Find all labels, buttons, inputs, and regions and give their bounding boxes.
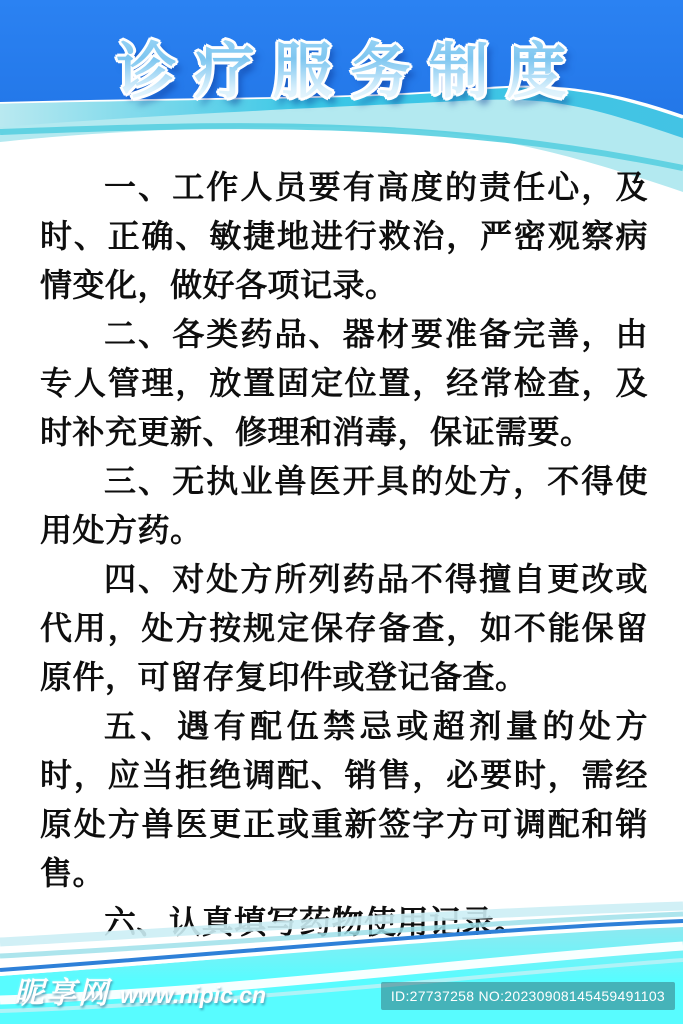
rules-list: 一、工作人员要有高度的责任心，及时、正确、敏捷地进行救治，严密观察病情变化，做好…	[40, 163, 648, 947]
watermark: 昵享网 www.nipic.cn	[14, 968, 266, 1012]
rule-item-2: 二、各类药品、器材要准备完善，由专人管理，放置固定位置，经常检查，及时补充更新、…	[40, 310, 648, 457]
watermark-site-url: www.nipic.cn	[120, 982, 266, 1009]
license-id-badge: ID:27737258 NO:20230908145459491103	[381, 982, 675, 1010]
poster: 诊疗服务制度 诊疗服务制度 一、工作人员要有高度的责任心，及时、正确、敏捷地进行…	[0, 0, 683, 1024]
rule-item-4: 四、对处方所列药品不得擅自更改或代用，处方按规定保存备查，如不能保留原件，可留存…	[40, 555, 648, 702]
rule-item-5: 五、遇有配伍禁忌或超剂量的处方时，应当拒绝调配、销售，必要时，需经原处方兽医更正…	[40, 702, 648, 898]
rule-item-1: 一、工作人员要有高度的责任心，及时、正确、敏捷地进行救治，严密观察病情变化，做好…	[40, 163, 648, 310]
watermark-site-name: 昵享网	[14, 968, 110, 1012]
rule-item-3: 三、无执业兽医开具的处方，不得使用处方药。	[40, 457, 648, 555]
